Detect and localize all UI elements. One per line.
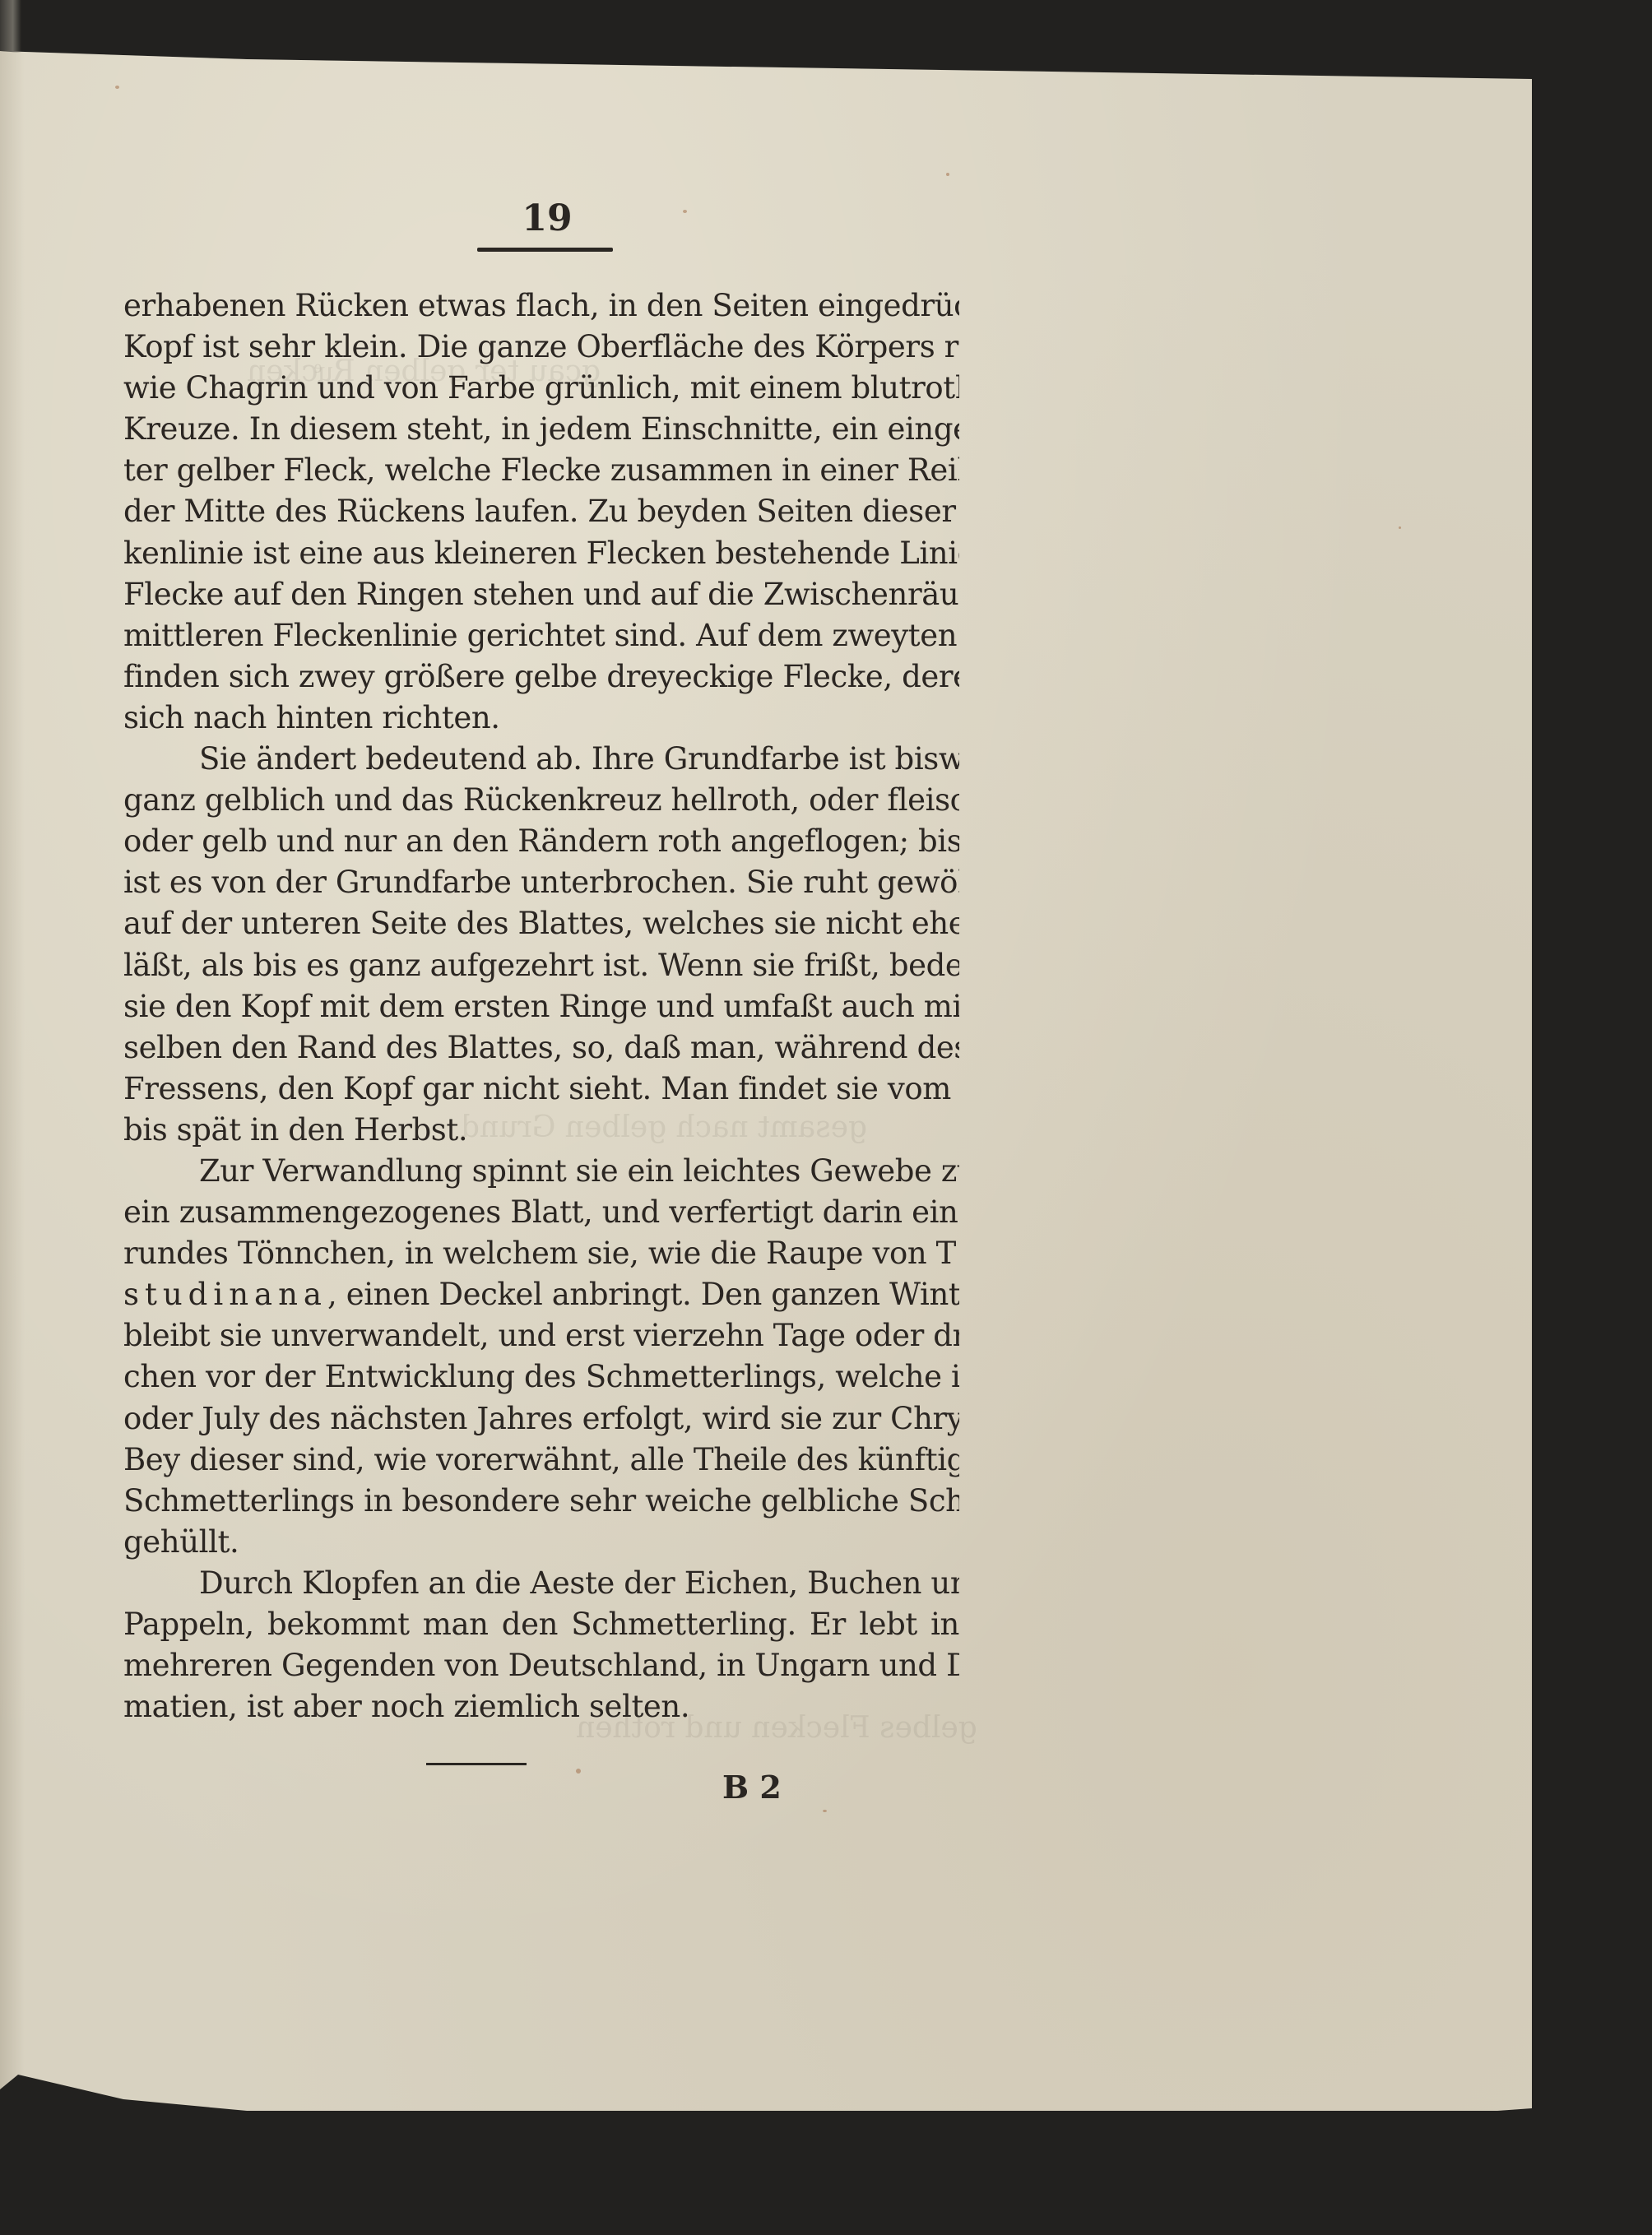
spaced-species-name: studinana — [123, 1277, 327, 1312]
text-line: Schmetterlings in besondere sehr weiche … — [123, 1481, 959, 1522]
paper-sheet: gcau ter gelben Ruͤcken gesamt nach gelb… — [0, 0, 1532, 2235]
text-line-paragraph-end: gehüllt. — [123, 1522, 959, 1563]
page-number: 19 — [510, 197, 584, 239]
paper-speck — [823, 1810, 827, 1812]
scanned-book-page: gcau ter gelben Ruͤcken gesamt nach gelb… — [0, 0, 1652, 2235]
header-rule — [477, 248, 613, 252]
text-line: bleibt sie unverwandelt, und erst vierze… — [123, 1315, 959, 1356]
text-line: wie Chagrin und von Farbe grünlich, mit … — [123, 368, 959, 409]
paper-speck — [946, 173, 949, 176]
signature-mark: B 2 — [722, 1769, 782, 1806]
text-line-paragraph-end: bis spät in den Herbst. — [123, 1110, 959, 1151]
text-line: mittleren Fleckenlinie gerichtet sind. A… — [123, 615, 959, 656]
text-line: Kopf ist sehr klein. Die ganze Oberfläch… — [123, 327, 959, 368]
text-line: chen vor der Entwicklung des Schmetterli… — [123, 1356, 959, 1398]
text-line: ist es von der Grundfarbe unterbrochen. … — [123, 862, 959, 903]
text-line: ganz gelblich und das Rückenkreuz hellro… — [123, 780, 959, 821]
paper-speck — [683, 210, 687, 213]
text-line-paragraph-start: Zur Verwandlung spinnt sie ein leichtes … — [123, 1151, 959, 1192]
body-text: erhabenen Rücken etwas flach, in den Sei… — [123, 285, 959, 1727]
paper-speck — [576, 1769, 581, 1774]
text-line: rundes Tönnchen, in welchem sie, wie die… — [123, 1233, 959, 1274]
spaced-species-name: Te- — [936, 1236, 959, 1271]
text-segment: rundes Tönnchen, in welchem sie, wie die… — [123, 1236, 936, 1271]
text-line: Pappeln, bekommt man den Schmetterling. … — [123, 1604, 959, 1645]
text-line: auf der unteren Seite des Blattes, welch… — [123, 903, 959, 944]
text-line: Fressens, den Kopf gar nicht sieht. Man … — [123, 1069, 959, 1110]
text-line: mehreren Gegenden von Deutschland, in Un… — [123, 1645, 959, 1686]
text-line: Flecke auf den Ringen stehen und auf die… — [123, 574, 959, 615]
paper-speck — [1399, 526, 1401, 529]
text-line-paragraph-end: sich nach hinten richten. — [123, 698, 959, 739]
text-line: läßt, als bis es ganz aufgezehrt ist. We… — [123, 945, 959, 986]
text-line: ein zusammengezogenes Blatt, und verfert… — [123, 1192, 959, 1233]
text-line: kenlinie ist eine aus kleineren Flecken … — [123, 533, 959, 574]
text-line: ter gelber Fleck, welche Flecke zusammen… — [123, 450, 959, 491]
text-line-paragraph-start: Durch Klopfen an die Aeste der Eichen, B… — [123, 1563, 959, 1604]
text-line: sie den Kopf mit dem ersten Ringe und um… — [123, 986, 959, 1027]
text-line-paragraph-end: matien, ist aber noch ziemlich selten. — [123, 1686, 959, 1727]
text-line: selben den Rand des Blattes, so, daß man… — [123, 1027, 959, 1069]
text-line: studinana, einen Deckel anbringt. Den ga… — [123, 1274, 959, 1315]
text-line: finden sich zwey größere gelbe dreyeckig… — [123, 656, 959, 698]
text-segment: , einen Deckel anbringt. Den ganzen Wint… — [327, 1277, 959, 1312]
footer-rule — [426, 1763, 527, 1765]
text-line: Kreuze. In diesem steht, in jedem Einsch… — [123, 409, 959, 450]
paper-speck — [115, 86, 119, 89]
text-line: erhabenen Rücken etwas flach, in den Sei… — [123, 285, 959, 327]
text-line-paragraph-start: Sie ändert bedeutend ab. Ihre Grundfarbe… — [123, 739, 959, 780]
text-line: der Mitte des Rückens laufen. Zu beyden … — [123, 491, 959, 532]
text-line: oder gelb und nur an den Rändern roth an… — [123, 821, 959, 862]
text-line: oder July des nächsten Jahres erfolgt, w… — [123, 1398, 959, 1440]
text-line: Bey dieser sind, wie vorerwähnt, alle Th… — [123, 1440, 959, 1481]
